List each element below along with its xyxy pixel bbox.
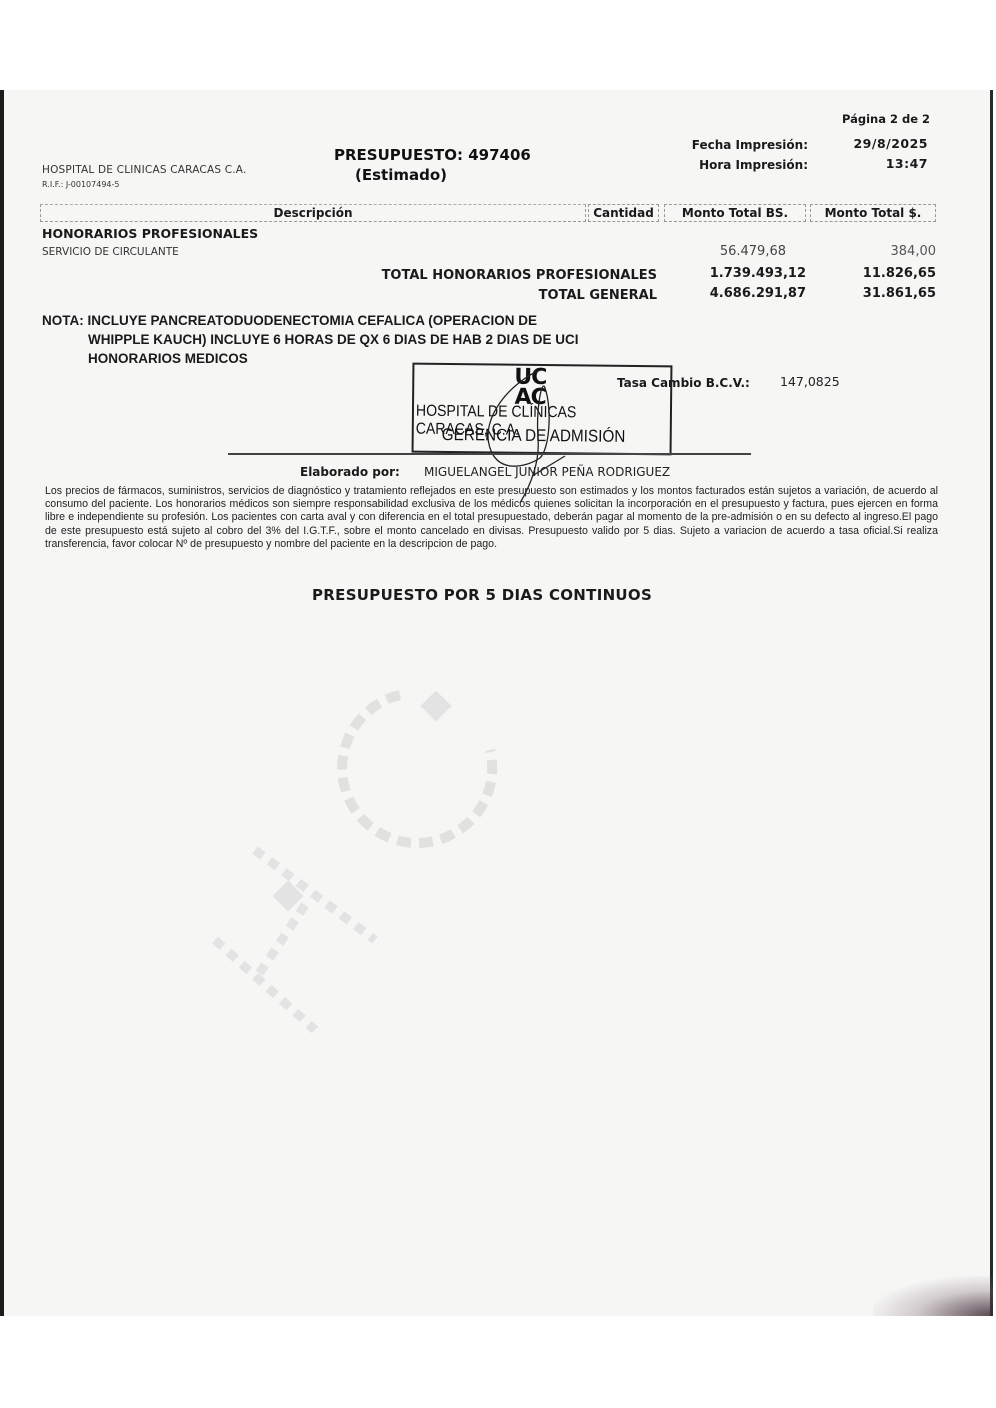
grand-total-bs: 4.686.291,87: [710, 286, 806, 301]
grand-total-usd: 31.861,65: [863, 286, 936, 301]
hospital-name: HOSPITAL DE CLINICAS CARACAS C.A.: [42, 164, 247, 176]
note-line-2: WHIPPLE KAUCH) INCLUYE 6 HORAS DE QX 6 D…: [42, 330, 579, 349]
print-time-label: Hora Impresión:: [699, 158, 808, 172]
subtotal-usd: 11.826,65: [863, 266, 936, 281]
page-indicator: Página 2 de 2: [842, 112, 930, 126]
note-line-1: INCLUYE PANCREATODUODENECTOMIA CEFALICA …: [88, 313, 538, 328]
scan-shadow: [873, 1276, 993, 1316]
disclaimer-text: Los precios de fármacos, suministros, se…: [45, 485, 938, 551]
row-description: SERVICIO DE CIRCULANTE: [42, 246, 179, 258]
note-block: NOTA: INCLUYE PANCREATODUODENECTOMIA CEF…: [42, 311, 579, 368]
subtotal-bs: 1.739.493,12: [710, 266, 806, 281]
print-time-value: 13:47: [886, 156, 928, 171]
prepared-by-name: MIGUELANGEL JUNIOR PEÑA RODRIGUEZ: [424, 465, 670, 479]
watermark-logo: [195, 640, 615, 1060]
budget-subtitle: (Estimado): [355, 166, 447, 184]
column-header-quantity: Cantidad: [588, 204, 659, 222]
row-total-usd: 384,00: [891, 244, 937, 259]
note-label: NOTA:: [42, 313, 84, 328]
prepared-by-label: Elaborado por:: [300, 465, 400, 479]
exchange-rate-value: 147,0825: [780, 374, 840, 389]
budget-title: PRESUPUESTO: 497406: [334, 146, 531, 164]
column-header-total-bs: Monto Total BS.: [664, 204, 806, 222]
print-date-value: 29/8/2025: [853, 136, 928, 151]
section-title: HONORARIOS PROFESIONALES: [42, 226, 258, 241]
print-date-label: Fecha Impresión:: [692, 138, 808, 152]
footer-title: PRESUPUESTO POR 5 DIAS CONTINUOS: [312, 586, 652, 604]
hospital-rif: R.I.F.: J-00107494-5: [42, 180, 119, 189]
column-header-total-usd: Monto Total $.: [810, 204, 936, 222]
row-total-bs: 56.479,68: [720, 244, 786, 259]
subtotal-label: TOTAL HONORARIOS PROFESIONALES: [382, 268, 657, 283]
column-header-description: Descripción: [40, 204, 586, 222]
signature-line: [228, 453, 751, 455]
grand-total-label: TOTAL GENERAL: [539, 288, 657, 303]
